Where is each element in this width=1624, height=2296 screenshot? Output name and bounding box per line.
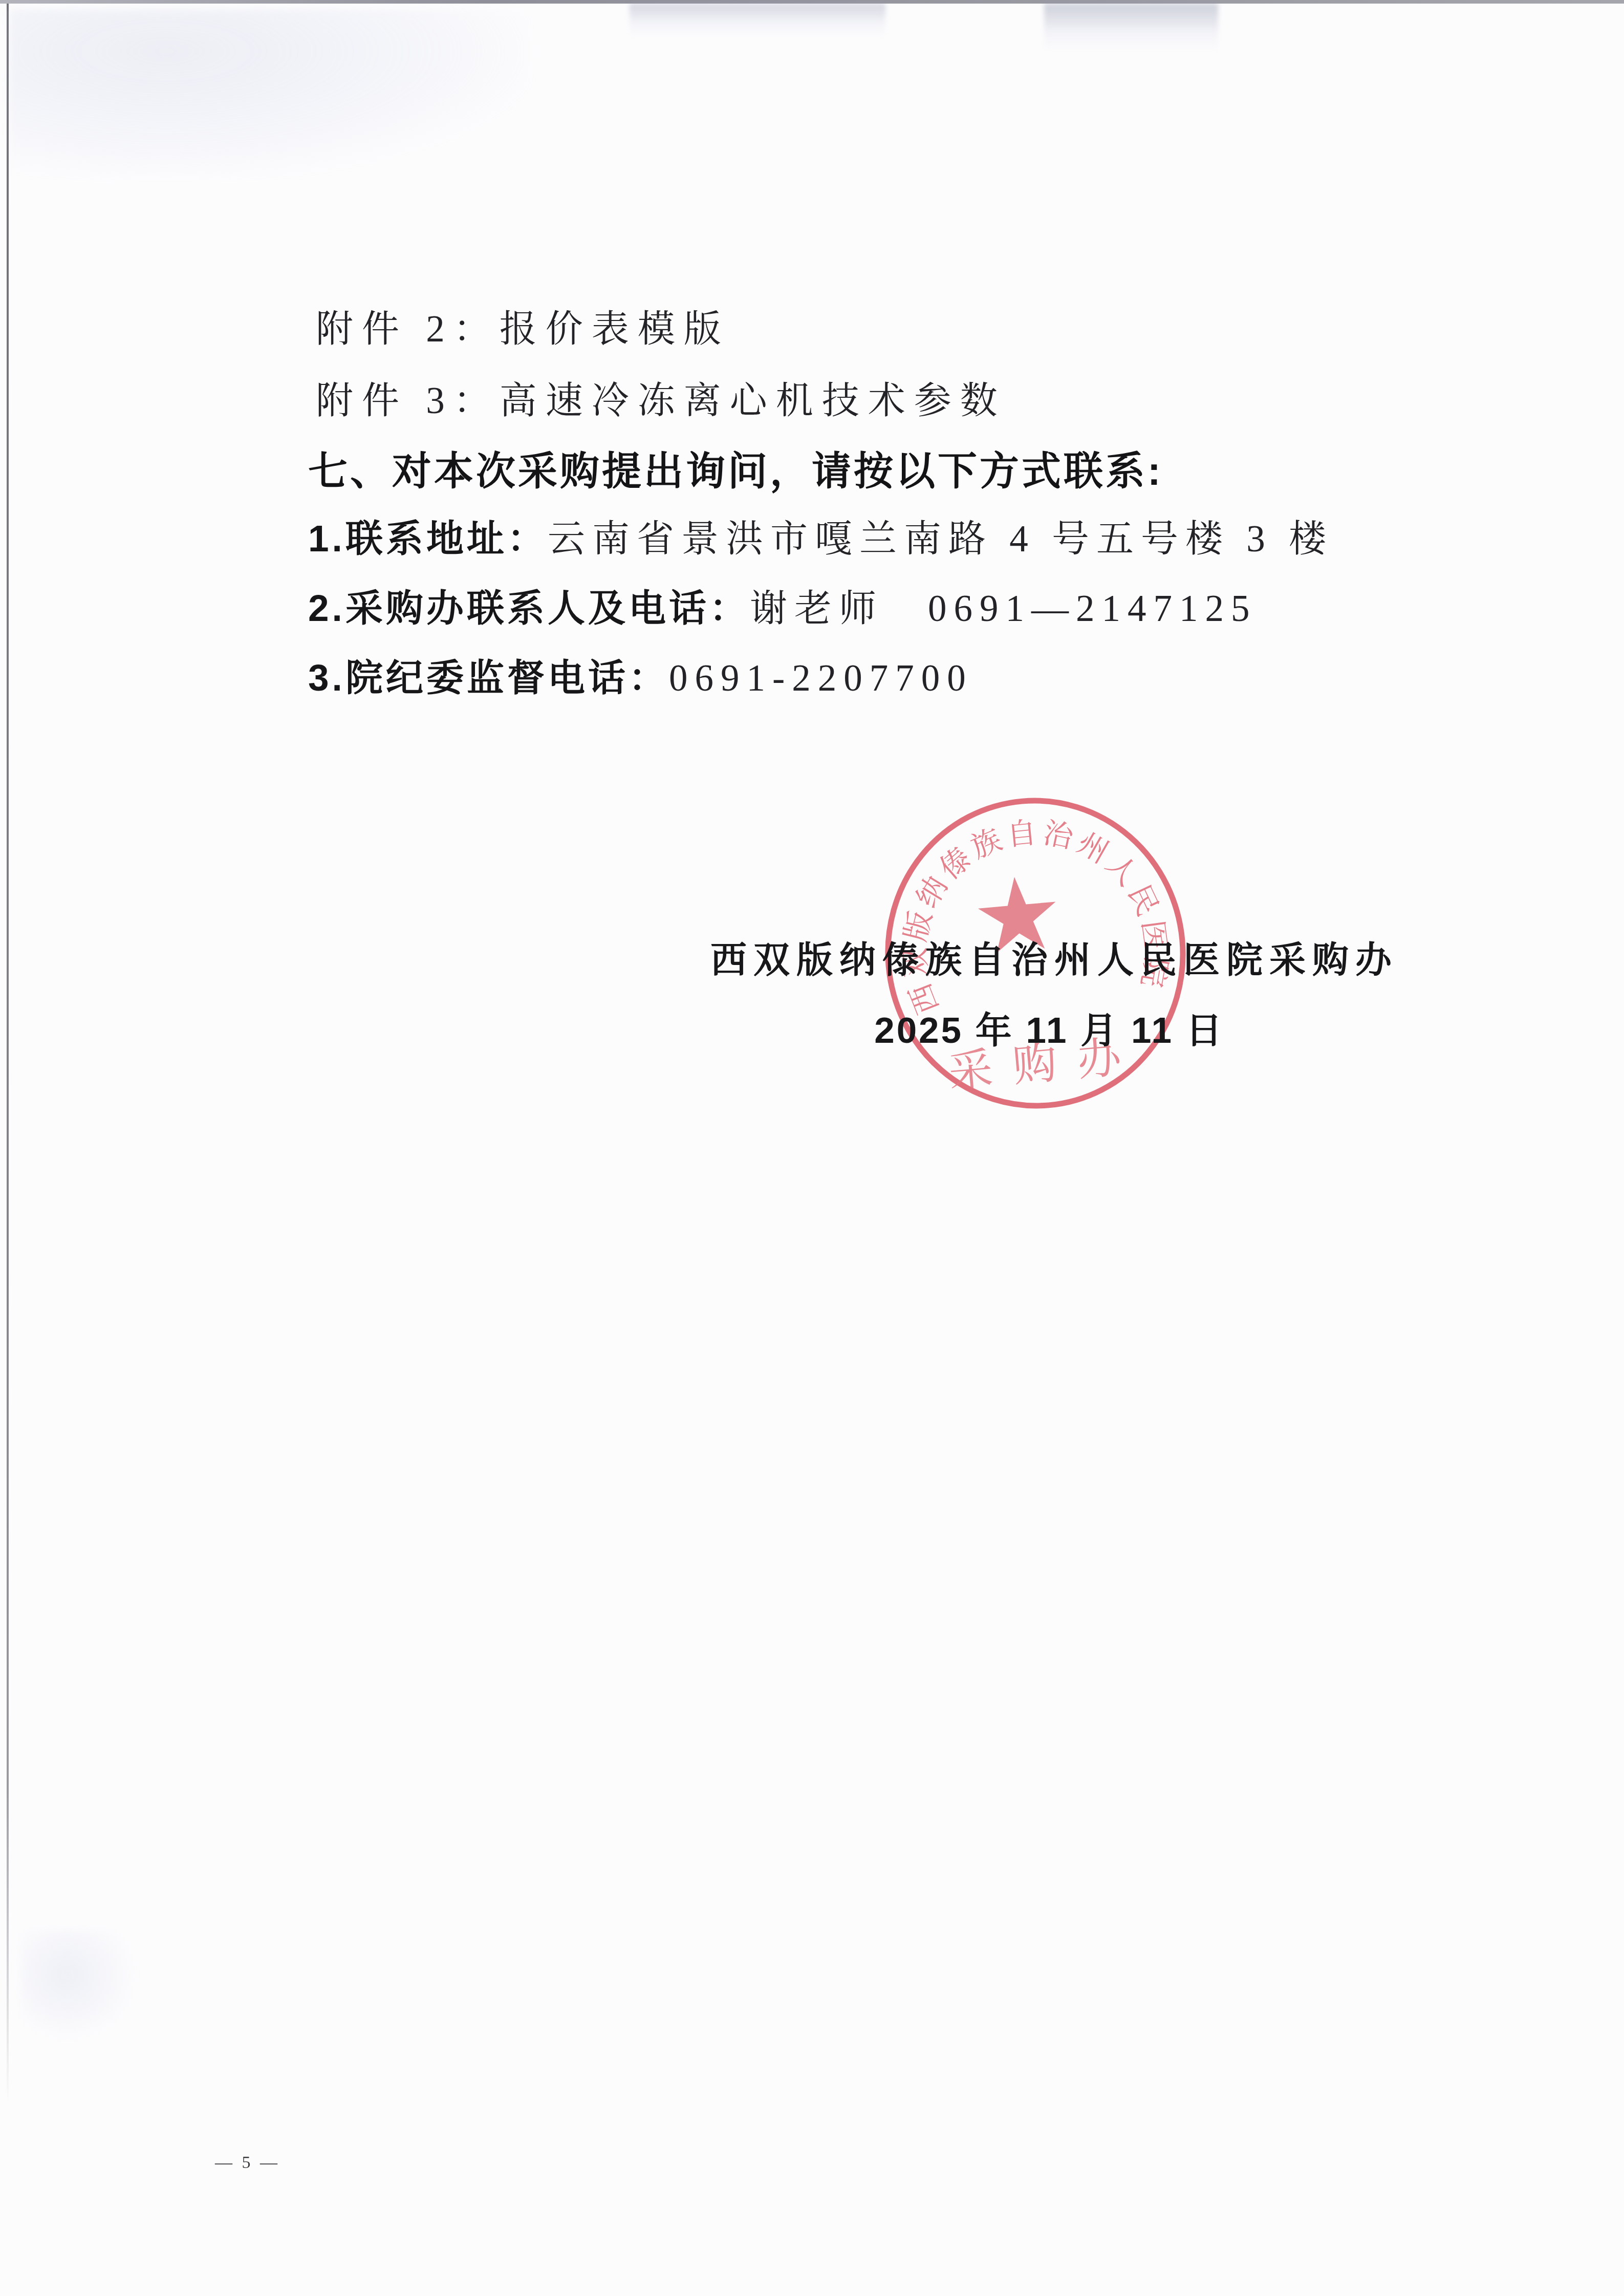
contact-supervision-label: 3.院纪委监督电话： — [308, 657, 669, 699]
contact-phone-label: 2.采购办联系人及电话： — [308, 588, 750, 629]
attachment-line-2: 附件 2：报价表模版 — [316, 309, 730, 350]
contact-line-address: 1.联系地址：云南省景洪市嘎兰南路 4 号五号楼 3 楼 — [308, 519, 1333, 560]
scan-noise-tint — [9, 9, 531, 178]
scan-noise-smudge — [630, 4, 885, 39]
attachment-line-3: 附件 3：高速冷冻离心机技术参数 — [316, 381, 1006, 421]
scan-left-edge — [7, 4, 9, 2102]
scan-top-edge — [0, 0, 1624, 4]
contact-line-supervision: 3.院纪委监督电话：0691-2207700 — [308, 658, 973, 699]
contact-phone-value: 谢老师 0691—2147125 — [750, 588, 1257, 629]
contact-address-value: 云南省景洪市嘎兰南路 4 号五号楼 3 楼 — [548, 518, 1333, 560]
signature-date: 2025 年 11 月 11 日 — [691, 1001, 1408, 1054]
section-heading: 七、对本次采购提出询问，请按以下方式联系: — [308, 450, 1163, 493]
contact-line-phone: 2.采购办联系人及电话：谢老师 0691—2147125 — [308, 589, 1257, 629]
scan-noise-smudge — [1044, 4, 1218, 52]
page-number: — 5 — — [215, 2153, 280, 2173]
document-page: 附件 2：报价表模版 附件 3：高速冷冻离心机技术参数 七、对本次采购提出询问，… — [0, 0, 1624, 2296]
scan-noise-tint — [20, 1930, 138, 2043]
contact-address-label: 1.联系地址： — [308, 518, 548, 560]
contact-supervision-value: 0691-2207700 — [669, 657, 973, 699]
signature-organization: 西双版纳傣族自治州人民医院采购办 — [696, 931, 1413, 983]
